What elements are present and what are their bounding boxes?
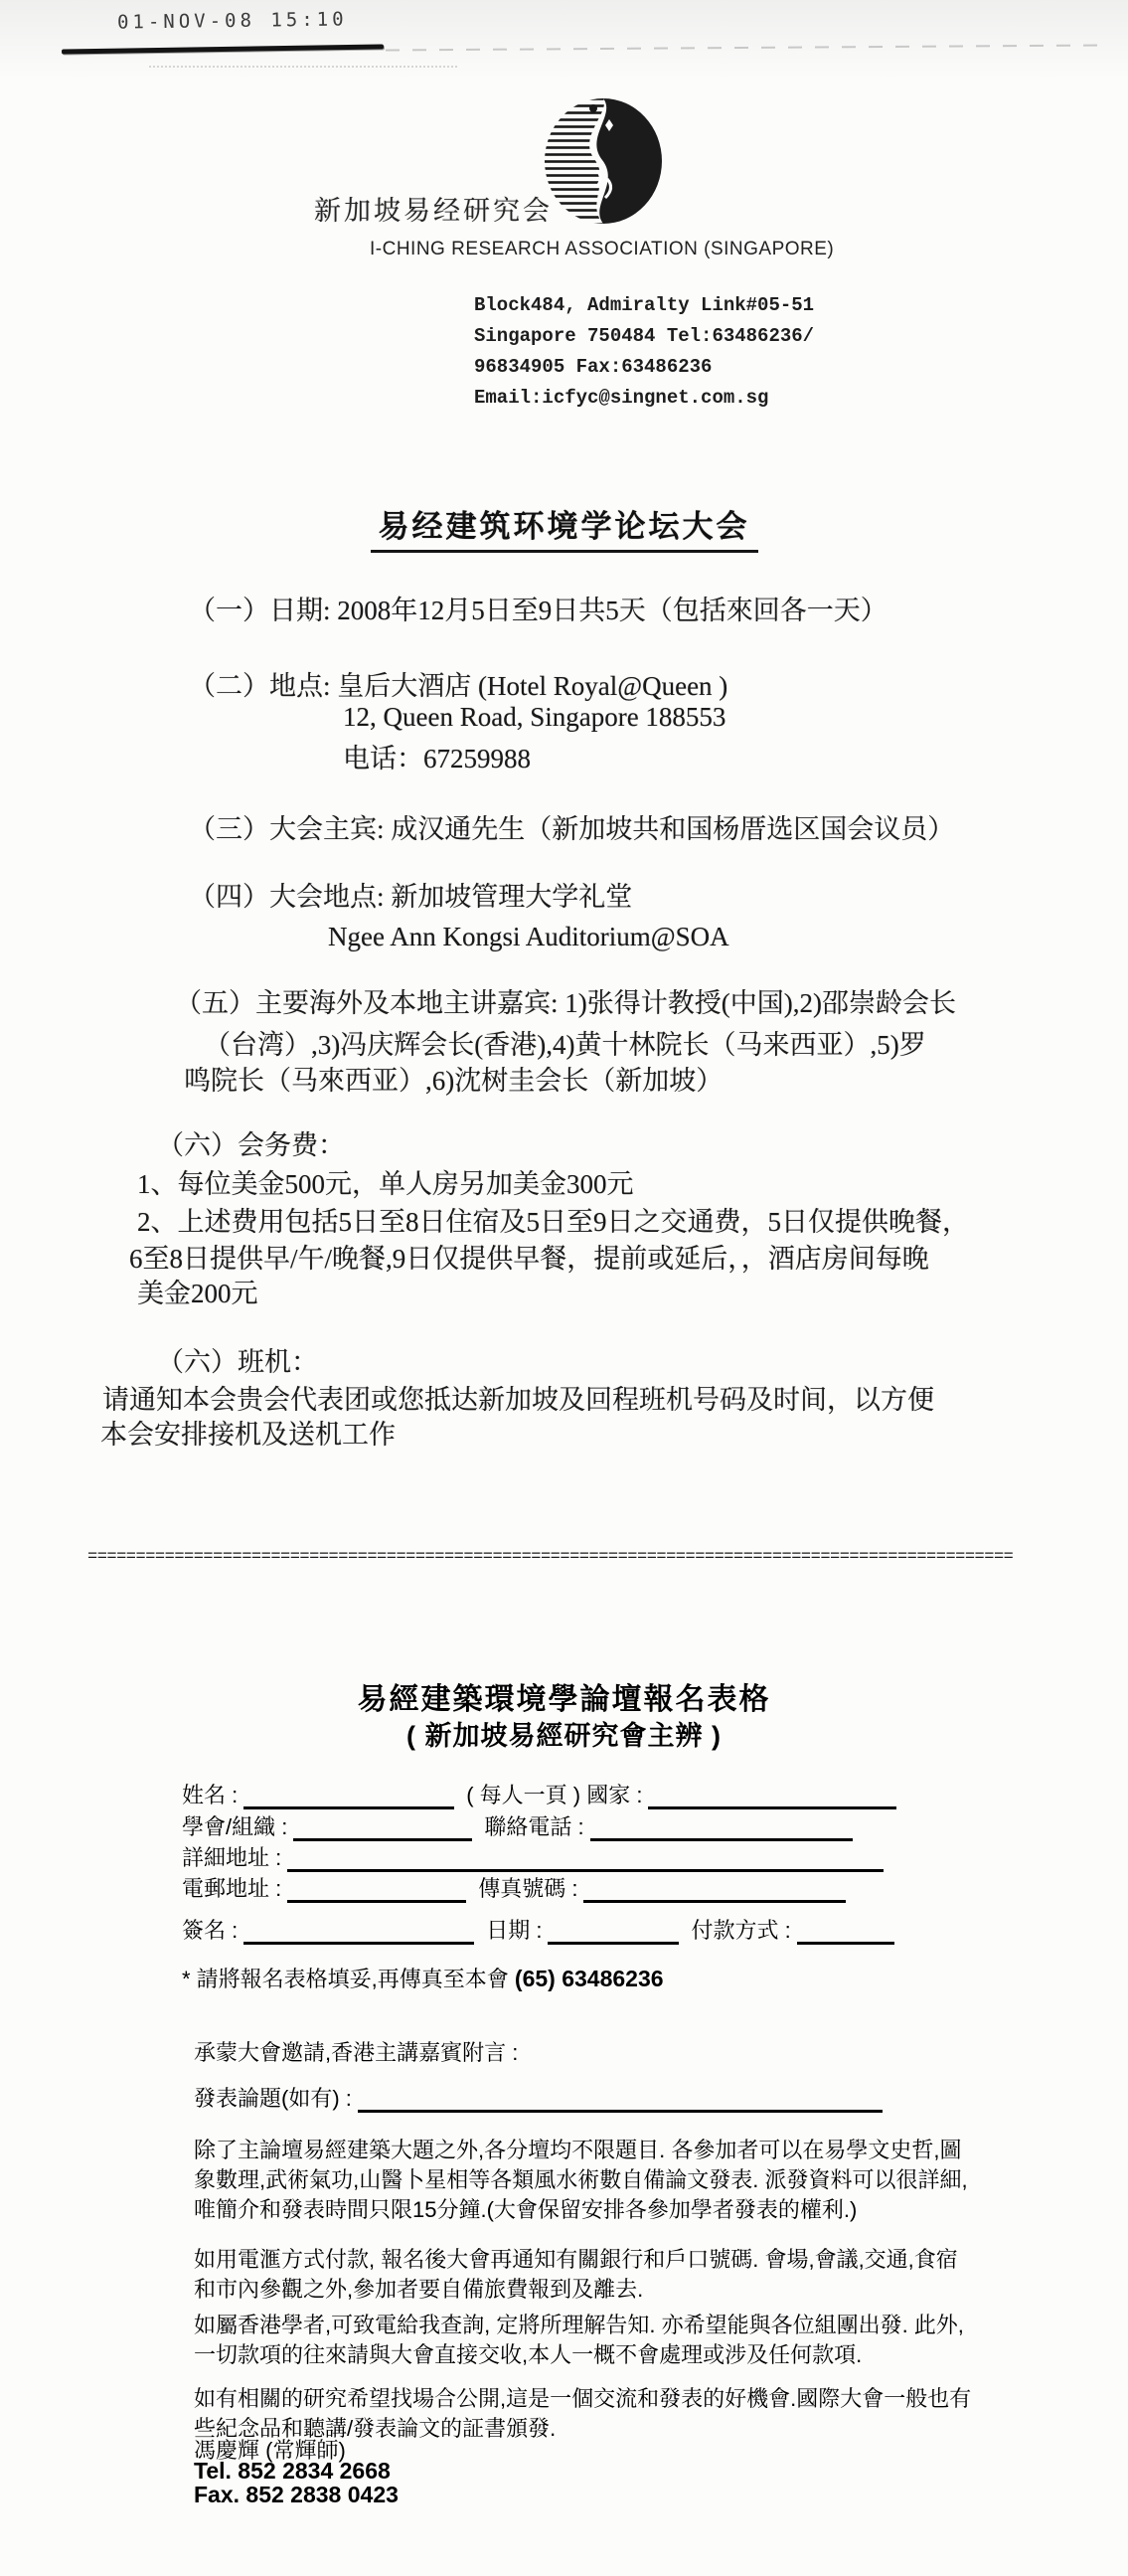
appendix-paragraph-line: 和市內參觀之外,參加者要自備旅費報到及離去. xyxy=(194,2273,643,2304)
notice-fees-heading: （六）会务费： xyxy=(157,1123,345,1162)
document-title-row: 易经建筑环境学论坛大会 xyxy=(0,501,1128,546)
form-row-email: 電郵地址 : 傳真號碼 : xyxy=(182,1872,846,1903)
document-title: 易经建筑环境学论坛大会 xyxy=(371,509,758,553)
form-subtitle: ( 新加坡易經研究會主辨 ) xyxy=(0,1714,1128,1753)
appendix-paragraph-line: 如用電滙方式付款, 報名後大會再通知有關銀行和戶口號碼. 會場,會議,交通,食宿 xyxy=(194,2243,958,2274)
signature-label: 簽名 : xyxy=(182,1914,238,1945)
org-address-line: Block484, Admiralty Link#05-51 xyxy=(474,290,814,321)
notice-speakers-line: （台湾）,3)冯庆辉会长(香港),4)黄十林院长（马来西亚）,5)罗 xyxy=(204,1023,926,1062)
org-name-chinese: 新加坡易经研究会 xyxy=(314,189,553,228)
country-label: ( 每人一頁 ) 國家 : xyxy=(466,1779,642,1809)
appendix-paragraph-line: 除了主論壇易經建築大題之外,各分壇均不限題目. 各參加者可以在易學文史哲,圖 xyxy=(194,2134,961,2164)
notice-fee-line: 2、上述费用包括5日至8日住宿及5日至9日之交通费，5日仅提供晚餐， xyxy=(137,1200,969,1239)
form-row-address: 詳細地址 : xyxy=(182,1841,884,1872)
notice-conf-venue-en: Ngee Ann Kongsi Auditorium@SOA xyxy=(328,922,729,952)
country-field-line xyxy=(648,1787,896,1809)
notice-venue-telephone: 电话：67259988 xyxy=(343,737,531,775)
topic-field-line xyxy=(358,2090,883,2113)
organisation-field-line xyxy=(293,1818,472,1841)
notice-venue-address: 12, Queen Road, Singapore 188553 xyxy=(343,702,725,733)
form-row-organisation: 學會/組織 : 聯絡電話 : xyxy=(182,1810,853,1841)
form-row-signature: 簽名 : 日期 : 付款方式 : xyxy=(182,1914,894,1945)
form-row-name: 姓名 : ( 每人一頁 ) 國家 : xyxy=(182,1779,896,1809)
topic-label: 發表論題(如有) : xyxy=(194,2082,352,2113)
payment-label: 付款方式 : xyxy=(691,1914,790,1945)
org-address-line: Singapore 750484 Tel:63486236/ xyxy=(474,321,814,352)
org-address-block: Block484, Admiralty Link#05-51 Singapore… xyxy=(474,290,814,414)
signature-field-line xyxy=(243,1922,474,1945)
name-label: 姓名 : xyxy=(182,1779,238,1809)
appendix-topic-row: 發表論題(如有) : xyxy=(194,2082,883,2113)
org-name-english: I-CHING RESEARCH ASSOCIATION (SINGAPORE) xyxy=(370,239,834,260)
notice-speakers-line: 鸣院长（马來西亚）,6)沈树圭会长（新加坡） xyxy=(184,1059,723,1098)
notice-item-venue: （二）地点: 皇后大酒店 (Hotel Royal@Queen ) xyxy=(189,664,727,703)
date-field-line xyxy=(548,1922,679,1945)
notice-flight-line: 本会安排接机及送机工作 xyxy=(100,1413,396,1452)
appendix-paragraph-line: 象數理,武術氣功,山醫卜星相等各類風水術數自備論文發表. 派發資料可以很詳細, xyxy=(194,2163,968,2194)
notice-fee-line: 1、每位美金500元，单人房另加美金300元 xyxy=(137,1162,634,1201)
scan-noise-dots xyxy=(149,66,457,68)
notice-fee-line: 6至8日提供早/午/晚餐,9日仅提供早餐，提前或延后，，酒店房间每晚 xyxy=(129,1237,929,1276)
fax-field-line xyxy=(583,1880,846,1903)
appendix-paragraph-line: 唯簡介和發表時間只限15分鐘.(大會保留安排各參加學者發表的權利.) xyxy=(194,2193,857,2224)
notice-item-guest: （三）大会主宾: 成汉通先生（新加坡共和国杨厝选区国会议员） xyxy=(189,807,954,846)
organisation-label: 學會/組織 : xyxy=(182,1810,287,1841)
appendix-paragraph-line: 一切款項的往來請與大會直接交收,本人一概不會處理或涉及任何款項. xyxy=(194,2338,862,2369)
address-label: 詳細地址 : xyxy=(182,1841,281,1872)
fax-timestamp: 01-NOV-08 15:10 xyxy=(117,8,348,33)
section-divider: ========================================… xyxy=(87,1551,1022,1567)
address-field-line xyxy=(287,1849,884,1872)
payment-field-line xyxy=(797,1922,894,1945)
notice-item-date: （一）日期: 2008年12月5日至9日共5天（包括來回各一天） xyxy=(189,589,887,627)
date-label: 日期 : xyxy=(486,1914,542,1945)
contact-tel: Tel. 852 2834 2668 xyxy=(194,2458,391,2485)
notice-fee-line: 美金200元 xyxy=(137,1272,258,1310)
contact-fax: Fax. 852 2838 0423 xyxy=(194,2482,399,2508)
yin-yang-logo xyxy=(542,95,665,227)
phone-label: 聯絡電話 : xyxy=(484,1810,583,1841)
appendix-paragraph-line: 如屬香港學者,可致電給我查詢, 定將所理解告知. 亦希望能與各位組團出發. 此外… xyxy=(194,2309,964,2339)
org-address-line: 96834905 Fax:63486236 xyxy=(474,352,814,383)
org-address-line: Email:icfyc@singnet.com.sg xyxy=(474,383,814,414)
appendix-paragraph-line: 如有相關的研究希望找場合公開,這是一個交流和發表的好機會.國際大會一般也有 xyxy=(194,2382,971,2413)
form-fax-number: (65) 63486236 xyxy=(515,1966,664,1991)
appendix-intro: 承蒙大會邀請,香港主講嘉賓附言 : xyxy=(194,2036,518,2067)
email-field-line xyxy=(287,1880,466,1903)
notice-flight-heading: （六）班机： xyxy=(157,1340,318,1379)
email-label: 電郵地址 : xyxy=(182,1872,281,1903)
fax-number-label: 傳真號碼 : xyxy=(478,1872,577,1903)
notice-speakers-line: （五）主要海外及本地主讲嘉宾: 1)张得计教授(中国),2)邵崇龄会长 xyxy=(175,981,956,1020)
name-field-line xyxy=(243,1787,454,1809)
form-fax-note-text: * 請將報名表格填妥,再傳真至本會 xyxy=(182,1967,515,1991)
form-fax-note: * 請將報名表格填妥,再傳真至本會 (65) 63486236 xyxy=(182,1963,664,1993)
notice-item-conf-venue: （四）大会地点: 新加坡管理大学礼堂 xyxy=(189,875,632,914)
notice-flight-line: 请通知本会贵会代表团或您抵达新加坡及回程班机号码及时间，以方便 xyxy=(102,1378,934,1417)
form-title: 易經建築環境學論壇報名表格 xyxy=(0,1674,1128,1718)
phone-field-line xyxy=(590,1818,853,1841)
